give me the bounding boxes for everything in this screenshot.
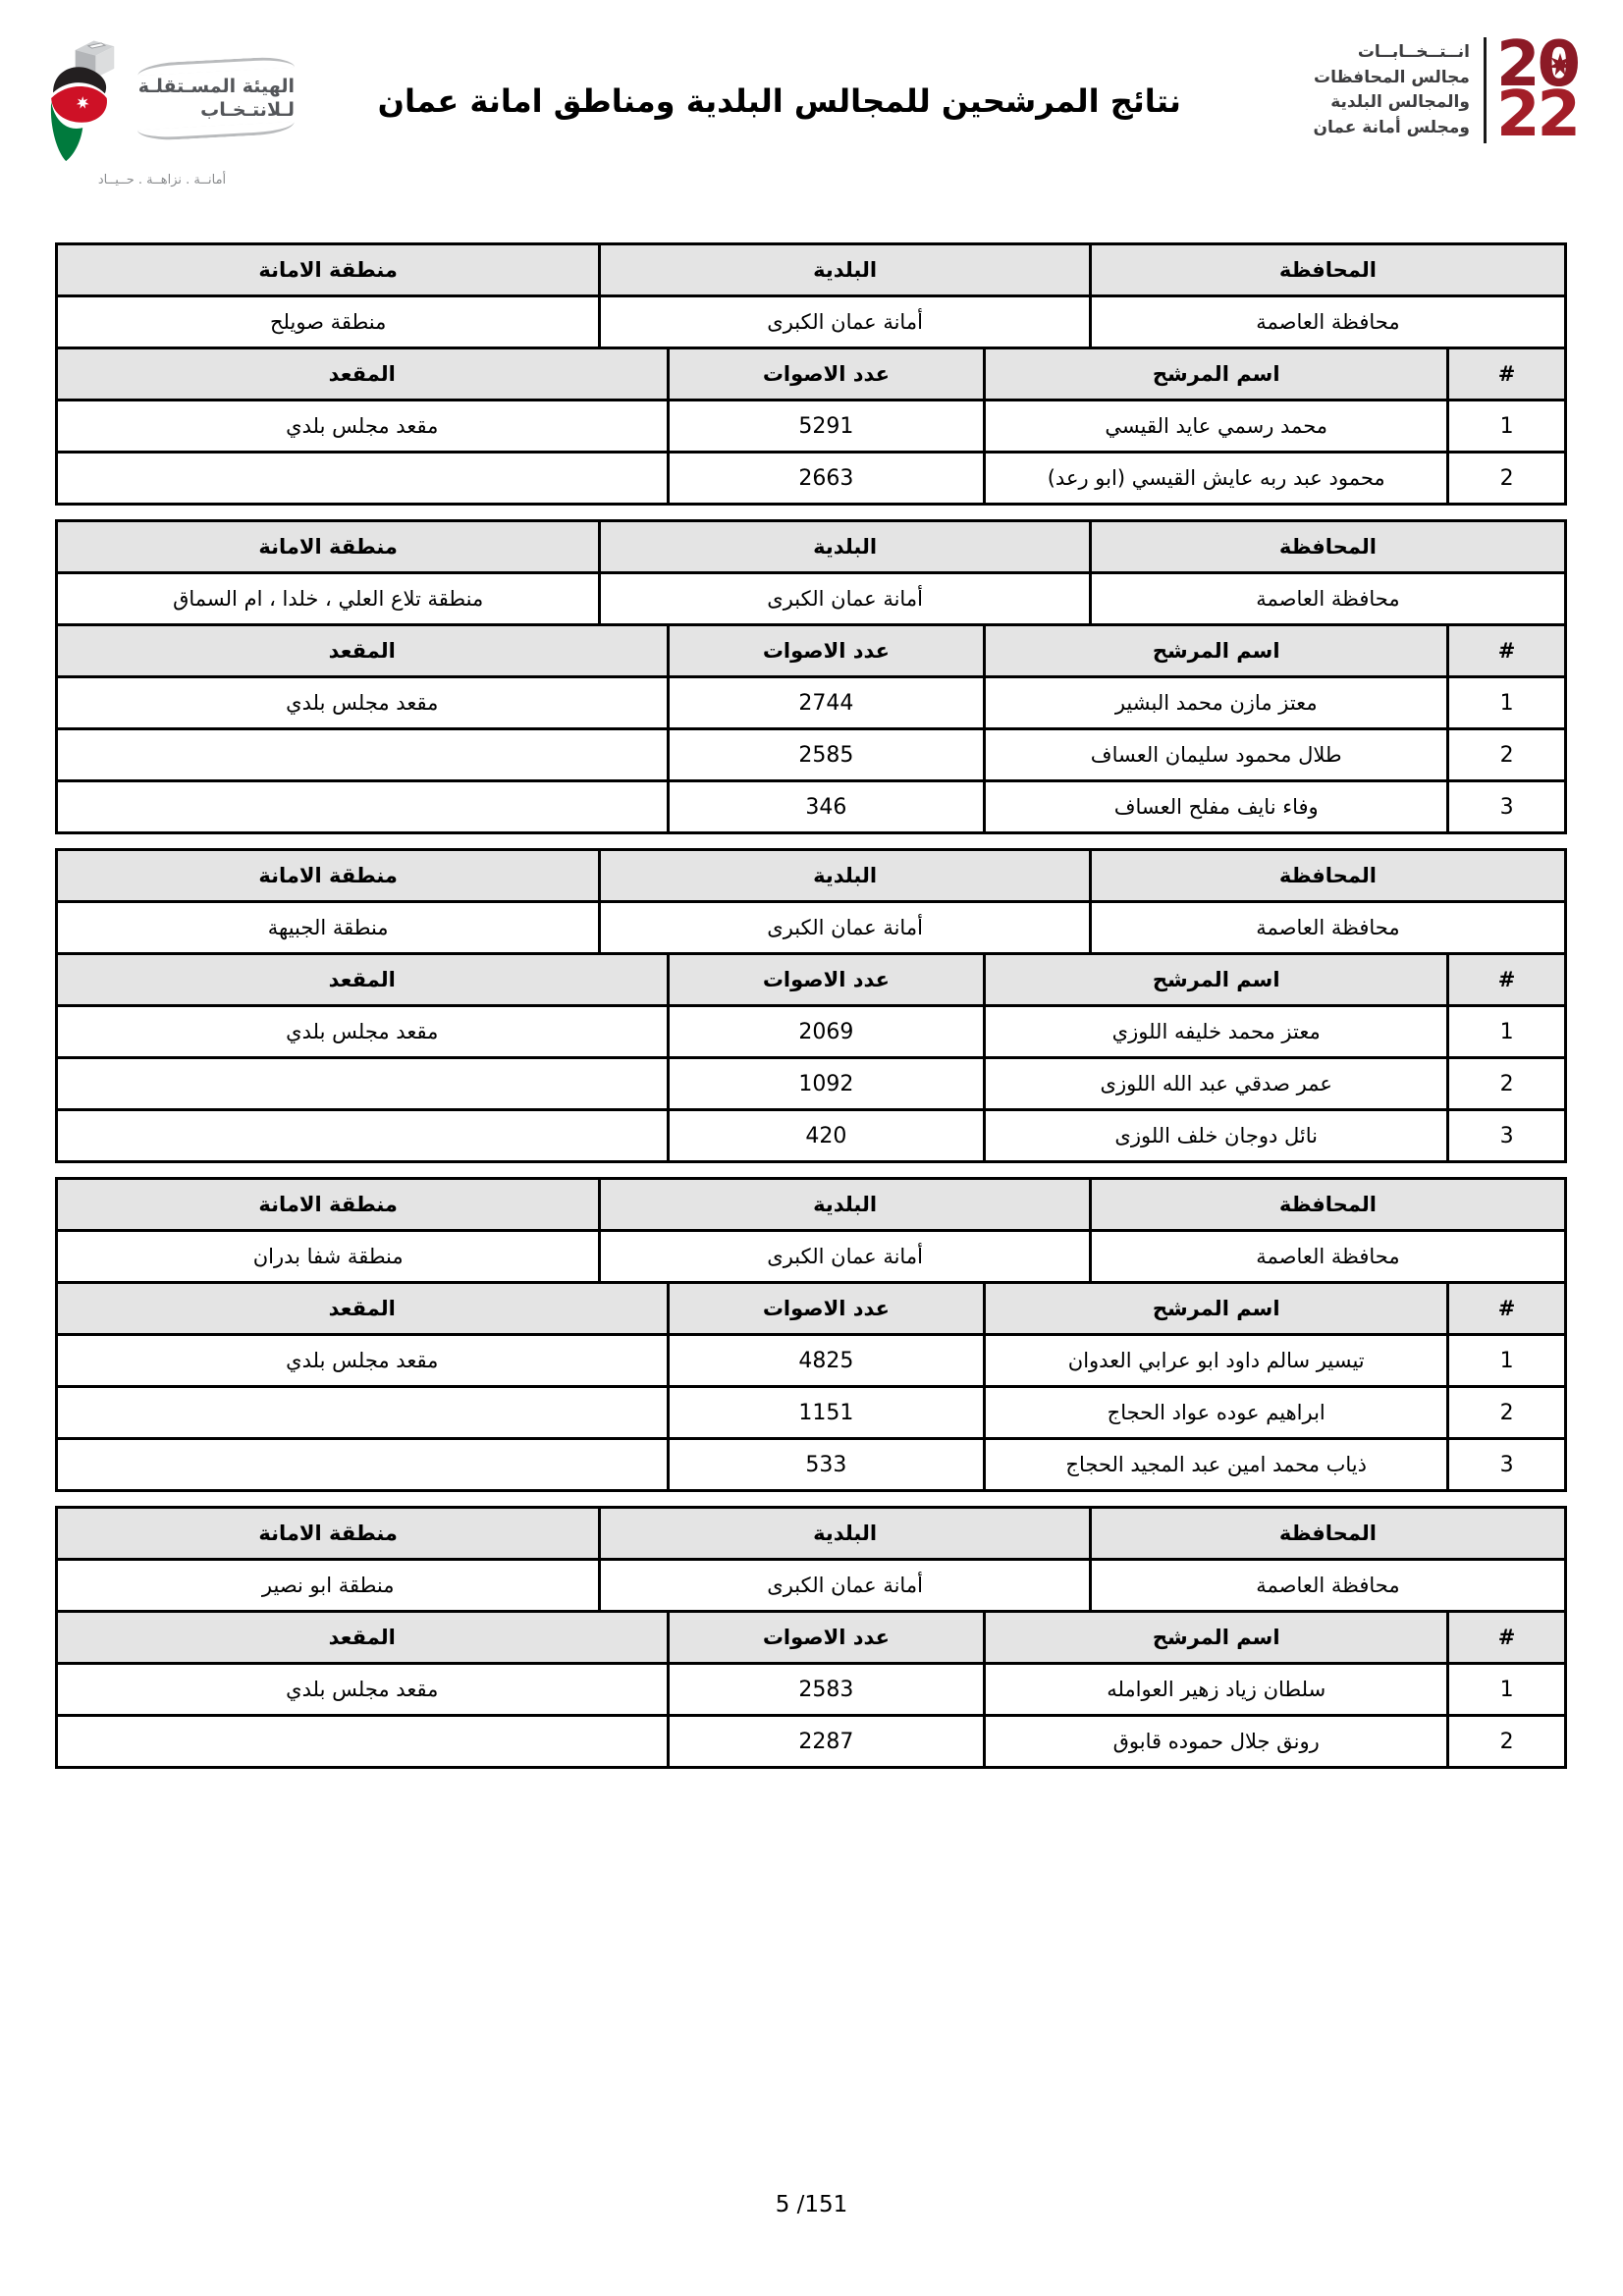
results-table-block: المحافظة البلدية منطقة الامانة محافظة ال… xyxy=(55,1177,1567,1492)
candidates-header-row: # اسم المرشح عدد الاصوات المقعد xyxy=(57,625,1566,677)
candidate-name: نائل دوجان خلف اللوزى xyxy=(985,1110,1448,1162)
year-bottom: 22 xyxy=(1496,90,1578,140)
candidate-seat xyxy=(57,1058,669,1110)
results-table-block: المحافظة البلدية منطقة الامانة محافظة ال… xyxy=(55,848,1567,1163)
elections-logo-divider xyxy=(1484,37,1487,143)
governorate-value: محافظة العاصمة xyxy=(1090,1231,1565,1283)
candidate-row: 1 سلطان زياد زهير العوامله 2583 مقعد مجل… xyxy=(57,1664,1566,1716)
candidate-votes: 346 xyxy=(668,781,985,833)
location-value-row: محافظة العاصمة أمانة عمان الكبرى منطقة ش… xyxy=(57,1231,1566,1283)
candidate-seat xyxy=(57,1439,669,1491)
location-value-row: محافظة العاصمة أمانة عمان الكبرى منطقة ت… xyxy=(57,573,1566,625)
candidate-name: رونق جلال حموده قابوق xyxy=(985,1716,1448,1768)
candidate-row: 3 وفاء نايف مفلح العساف 346 xyxy=(57,781,1566,833)
candidate-seat: مقعد مجلس بلدي xyxy=(57,677,669,729)
iec-logo: الهيئة المسـتقلـة لـلانتـخـاب أمانــة . … xyxy=(39,33,285,187)
amanah-area-value: منطقة ابو نصير xyxy=(57,1560,600,1612)
candidate-rank: 1 xyxy=(1448,1664,1566,1716)
municipality-label: البلدية xyxy=(600,850,1091,902)
location-header-row: المحافظة البلدية منطقة الامانة xyxy=(57,521,1566,573)
candidate-row: 1 محمد رسمي عايد القيسي 5291 مقعد مجلس ب… xyxy=(57,400,1566,453)
iec-name-line1: الهيئة المسـتقلـة xyxy=(137,76,295,97)
candidates-header-row: # اسم المرشح عدد الاصوات المقعد xyxy=(57,954,1566,1006)
candidate-seat xyxy=(57,1716,669,1768)
amanah-area-value: منطقة تلاع العلي ، خلدا ، ام السماق xyxy=(57,573,600,625)
candidate-row: 1 معتز مازن محمد البشير 2744 مقعد مجلس ب… xyxy=(57,677,1566,729)
candidates-header-row: # اسم المرشح عدد الاصوات المقعد xyxy=(57,348,1566,400)
candidate-name: محمود عبد ربه عايش القيسي (ابو رعد) xyxy=(985,453,1448,505)
municipality-value: أمانة عمان الكبرى xyxy=(600,573,1091,625)
candidate-name: معتز محمد خليفه اللوزي xyxy=(985,1006,1448,1058)
location-value-row: محافظة العاصمة أمانة عمان الكبرى منطقة ا… xyxy=(57,902,1566,954)
municipality-label: البلدية xyxy=(600,244,1091,296)
amanah-area-value: منطقة صويلح xyxy=(57,296,600,348)
results-table-block: المحافظة البلدية منطقة الامانة محافظة ال… xyxy=(55,1506,1567,1769)
location-value-row: محافظة العاصمة أمانة عمان الكبرى منطقة ص… xyxy=(57,296,1566,348)
candidate-votes: 1092 xyxy=(668,1058,985,1110)
location-table: المحافظة البلدية منطقة الامانة محافظة ال… xyxy=(55,519,1567,626)
document-page: { "page": { "footer_page_number": "5 /15… xyxy=(0,0,1623,2296)
candidate-seat xyxy=(57,453,669,505)
governorate-label: المحافظة xyxy=(1090,244,1565,296)
candidates-table: # اسم المرشح عدد الاصوات المقعد 1 معتز م… xyxy=(55,952,1567,1163)
votes-label: عدد الاصوات xyxy=(668,1612,985,1664)
candidate-row: 2 رونق جلال حموده قابوق 2287 xyxy=(57,1716,1566,1768)
candidate-row: 2 محمود عبد ربه عايش القيسي (ابو رعد) 26… xyxy=(57,453,1566,505)
location-table: المحافظة البلدية منطقة الامانة محافظة ال… xyxy=(55,848,1567,955)
candidate-votes: 533 xyxy=(668,1439,985,1491)
candidate-name: سلطان زياد زهير العوامله xyxy=(985,1664,1448,1716)
candidates-table: # اسم المرشح عدد الاصوات المقعد 1 معتز م… xyxy=(55,623,1567,834)
votes-label: عدد الاصوات xyxy=(668,348,985,400)
seat-label: المقعد xyxy=(57,954,669,1006)
votes-label: عدد الاصوات xyxy=(668,1283,985,1335)
candidate-rank: 2 xyxy=(1448,729,1566,781)
page-footer: 5 /151 xyxy=(0,2192,1623,2217)
municipality-label: البلدية xyxy=(600,1508,1091,1560)
location-value-row: محافظة العاصمة أمانة عمان الكبرى منطقة ا… xyxy=(57,1560,1566,1612)
candidate-name: ابراهيم عوده عواد الحجاج xyxy=(985,1387,1448,1439)
municipality-label: البلدية xyxy=(600,1179,1091,1231)
candidate-votes: 2287 xyxy=(668,1716,985,1768)
rank-label: # xyxy=(1448,1612,1566,1664)
candidates-table: # اسم المرشح عدد الاصوات المقعد 1 محمد ر… xyxy=(55,347,1567,506)
location-header-row: المحافظة البلدية منطقة الامانة xyxy=(57,850,1566,902)
location-table: المحافظة البلدية منطقة الامانة محافظة ال… xyxy=(55,1177,1567,1284)
candidate-seat: مقعد مجلس بلدي xyxy=(57,400,669,453)
candidate-votes: 2583 xyxy=(668,1664,985,1716)
candidate-name: ذياب محمد امين عبد المجيد الحجاج xyxy=(985,1439,1448,1491)
candidate-rank: 2 xyxy=(1448,1387,1566,1439)
amanah-area-value: منطقة شفا بدران xyxy=(57,1231,600,1283)
candidate-name-label: اسم المرشح xyxy=(985,348,1448,400)
governorate-label: المحافظة xyxy=(1090,850,1565,902)
candidate-seat xyxy=(57,781,669,833)
candidate-votes: 2744 xyxy=(668,677,985,729)
elections-2022-logo: انــتــخــابــات مجالس المحافظات والمجال… xyxy=(1313,37,1578,143)
candidate-votes: 420 xyxy=(668,1110,985,1162)
candidate-seat: مقعد مجلس بلدي xyxy=(57,1664,669,1716)
candidate-rank: 1 xyxy=(1448,677,1566,729)
candidate-row: 1 معتز محمد خليفه اللوزي 2069 مقعد مجلس … xyxy=(57,1006,1566,1058)
governorate-label: المحافظة xyxy=(1090,1508,1565,1560)
candidate-row: 2 طلال محمود سليمان العساف 2585 xyxy=(57,729,1566,781)
seat-label: المقعد xyxy=(57,625,669,677)
candidate-seat xyxy=(57,729,669,781)
iec-swoosh-bottom xyxy=(137,121,295,140)
municipality-value: أمانة عمان الكبرى xyxy=(600,1560,1091,1612)
elections-logo-year: 20 22 xyxy=(1496,40,1578,140)
candidate-votes: 4825 xyxy=(668,1335,985,1387)
location-header-row: المحافظة البلدية منطقة الامانة xyxy=(57,244,1566,296)
amanah-area-label: منطقة الامانة xyxy=(57,1508,600,1560)
candidate-votes: 5291 xyxy=(668,400,985,453)
page-number: 5 /151 xyxy=(776,2192,848,2217)
candidate-seat: مقعد مجلس بلدي xyxy=(57,1006,669,1058)
elections-logo-line3: والمجالس البلدية xyxy=(1313,90,1469,116)
candidate-rank: 1 xyxy=(1448,1006,1566,1058)
iec-name-line2: لـلانتـخـاب xyxy=(137,99,295,121)
amanah-area-label: منطقة الامانة xyxy=(57,521,600,573)
candidate-rank: 3 xyxy=(1448,781,1566,833)
governorate-value: محافظة العاصمة xyxy=(1090,296,1565,348)
candidate-row: 1 تيسير سالم داود ابو عرابي العدوان 4825… xyxy=(57,1335,1566,1387)
candidate-votes: 1151 xyxy=(668,1387,985,1439)
page-header: الهيئة المسـتقلـة لـلانتـخـاب أمانــة . … xyxy=(39,26,1584,212)
candidate-name-label: اسم المرشح xyxy=(985,625,1448,677)
candidate-name: طلال محمود سليمان العساف xyxy=(985,729,1448,781)
candidate-name-label: اسم المرشح xyxy=(985,1612,1448,1664)
candidate-rank: 2 xyxy=(1448,453,1566,505)
seat-label: المقعد xyxy=(57,1612,669,1664)
elections-logo-line1: انــتــخــابــات xyxy=(1313,40,1469,66)
location-table: المحافظة البلدية منطقة الامانة محافظة ال… xyxy=(55,1506,1567,1613)
elections-logo-text: انــتــخــابــات مجالس المحافظات والمجال… xyxy=(1313,40,1469,140)
governorate-value: محافظة العاصمة xyxy=(1090,902,1565,954)
candidate-name: وفاء نايف مفلح العساف xyxy=(985,781,1448,833)
candidate-rank: 1 xyxy=(1448,400,1566,453)
municipality-value: أمانة عمان الكبرى xyxy=(600,1231,1091,1283)
candidate-row: 3 نائل دوجان خلف اللوزى 420 xyxy=(57,1110,1566,1162)
governorate-label: المحافظة xyxy=(1090,1179,1565,1231)
votes-label: عدد الاصوات xyxy=(668,954,985,1006)
amanah-area-label: منطقة الامانة xyxy=(57,244,600,296)
candidates-table: # اسم المرشح عدد الاصوات المقعد 1 تيسير … xyxy=(55,1281,1567,1492)
location-header-row: المحافظة البلدية منطقة الامانة xyxy=(57,1179,1566,1231)
rank-label: # xyxy=(1448,348,1566,400)
candidates-table: # اسم المرشح عدد الاصوات المقعد 1 سلطان … xyxy=(55,1610,1567,1769)
candidate-votes: 2069 xyxy=(668,1006,985,1058)
amanah-area-label: منطقة الامانة xyxy=(57,850,600,902)
candidate-votes: 2585 xyxy=(668,729,985,781)
tables-container: المحافظة البلدية منطقة الامانة محافظة ال… xyxy=(55,242,1567,1783)
candidate-seat xyxy=(57,1387,669,1439)
iec-flame-ballot-icon xyxy=(39,33,134,163)
location-table: المحافظة البلدية منطقة الامانة محافظة ال… xyxy=(55,242,1567,349)
jordan-star-icon xyxy=(1548,53,1572,77)
candidate-rank: 3 xyxy=(1448,1110,1566,1162)
elections-logo-line4: ومجلس أمانة عمان xyxy=(1313,116,1469,141)
governorate-value: محافظة العاصمة xyxy=(1090,573,1565,625)
iec-logo-name: الهيئة المسـتقلـة لـلانتـخـاب xyxy=(137,60,295,137)
candidate-name: معتز مازن محمد البشير xyxy=(985,677,1448,729)
votes-label: عدد الاصوات xyxy=(668,625,985,677)
candidate-name-label: اسم المرشح xyxy=(985,954,1448,1006)
rank-label: # xyxy=(1448,954,1566,1006)
iec-logo-top: الهيئة المسـتقلـة لـلانتـخـاب xyxy=(39,33,285,163)
candidate-name: تيسير سالم داود ابو عرابي العدوان xyxy=(985,1335,1448,1387)
municipality-value: أمانة عمان الكبرى xyxy=(600,296,1091,348)
candidate-rank: 2 xyxy=(1448,1058,1566,1110)
candidates-header-row: # اسم المرشح عدد الاصوات المقعد xyxy=(57,1612,1566,1664)
location-header-row: المحافظة البلدية منطقة الامانة xyxy=(57,1508,1566,1560)
rank-label: # xyxy=(1448,625,1566,677)
candidate-seat: مقعد مجلس بلدي xyxy=(57,1335,669,1387)
iec-swoosh-top xyxy=(137,55,295,75)
governorate-value: محافظة العاصمة xyxy=(1090,1560,1565,1612)
seat-label: المقعد xyxy=(57,348,669,400)
elections-logo-line2: مجالس المحافظات xyxy=(1313,66,1469,91)
candidate-row: 2 ابراهيم عوده عواد الحجاج 1151 xyxy=(57,1387,1566,1439)
municipality-value: أمانة عمان الكبرى xyxy=(600,902,1091,954)
candidate-row: 3 ذياب محمد امين عبد المجيد الحجاج 533 xyxy=(57,1439,1566,1491)
candidate-name: عمر صدقي عبد الله اللوزى xyxy=(985,1058,1448,1110)
candidate-rank: 2 xyxy=(1448,1716,1566,1768)
candidate-rank: 1 xyxy=(1448,1335,1566,1387)
amanah-area-value: منطقة الجبيهة xyxy=(57,902,600,954)
rank-label: # xyxy=(1448,1283,1566,1335)
candidate-name-label: اسم المرشح xyxy=(985,1283,1448,1335)
results-table-block: المحافظة البلدية منطقة الامانة محافظة ال… xyxy=(55,242,1567,506)
iec-tagline: أمانــة . نزاهــة . حــيــاد xyxy=(39,173,285,187)
candidate-rank: 3 xyxy=(1448,1439,1566,1491)
candidate-votes: 2663 xyxy=(668,453,985,505)
page-title: نتائج المرشحين للمجالس البلدية ومناطق ام… xyxy=(378,82,1181,120)
candidate-name: محمد رسمي عايد القيسي xyxy=(985,400,1448,453)
candidate-row: 2 عمر صدقي عبد الله اللوزى 1092 xyxy=(57,1058,1566,1110)
candidates-header-row: # اسم المرشح عدد الاصوات المقعد xyxy=(57,1283,1566,1335)
municipality-label: البلدية xyxy=(600,521,1091,573)
governorate-label: المحافظة xyxy=(1090,521,1565,573)
candidate-seat xyxy=(57,1110,669,1162)
amanah-area-label: منطقة الامانة xyxy=(57,1179,600,1231)
results-table-block: المحافظة البلدية منطقة الامانة محافظة ال… xyxy=(55,519,1567,834)
seat-label: المقعد xyxy=(57,1283,669,1335)
